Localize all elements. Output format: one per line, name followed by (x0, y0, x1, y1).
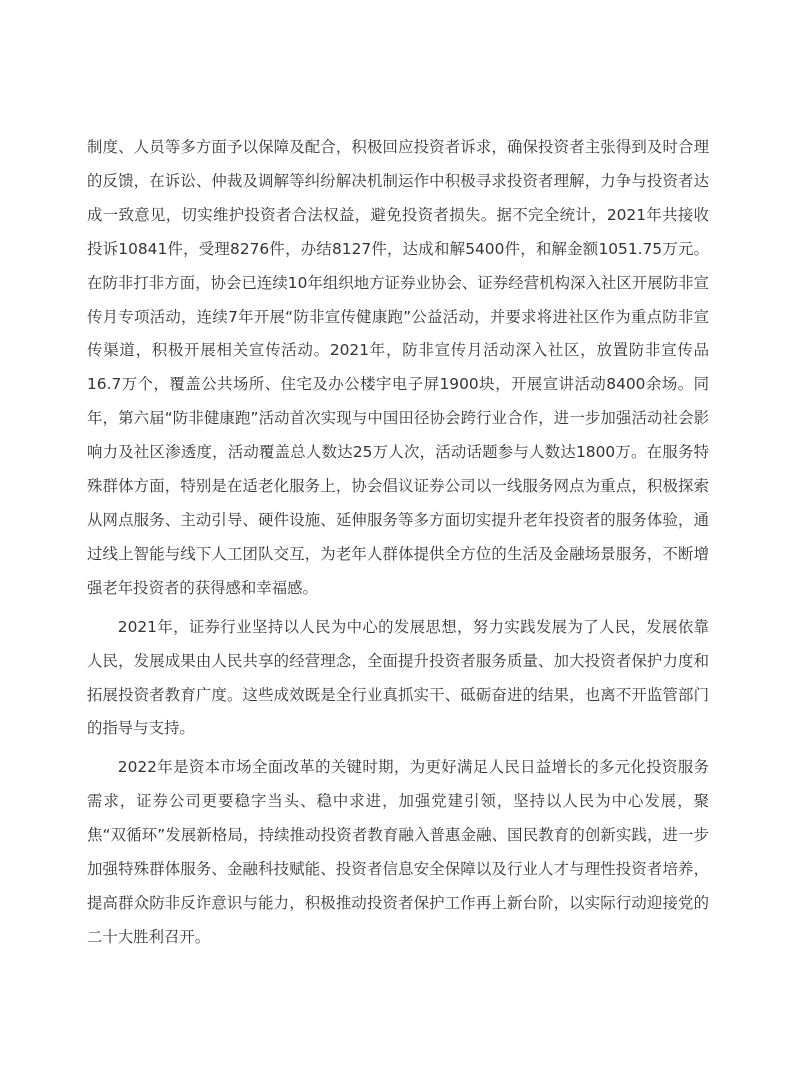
paragraph-2022-outlook: 2022年是资本市场全面改革的关键时期，为更好满足人民日益增长的多元化投资服务需… (87, 751, 709, 954)
paragraph-investor-services: 制度、人员等多方面予以保障及配合，积极回应投资者诉求，确保投资者主张得到及时合理… (87, 131, 709, 606)
document-page: 制度、人员等多方面予以保障及配合，积极回应投资者诉求，确保投资者主张得到及时合理… (87, 131, 709, 960)
paragraph-2021-summary: 2021年，证券行业坚持以人民为中心的发展思想，努力实践发展为了人民，发展依靠人… (87, 611, 709, 747)
